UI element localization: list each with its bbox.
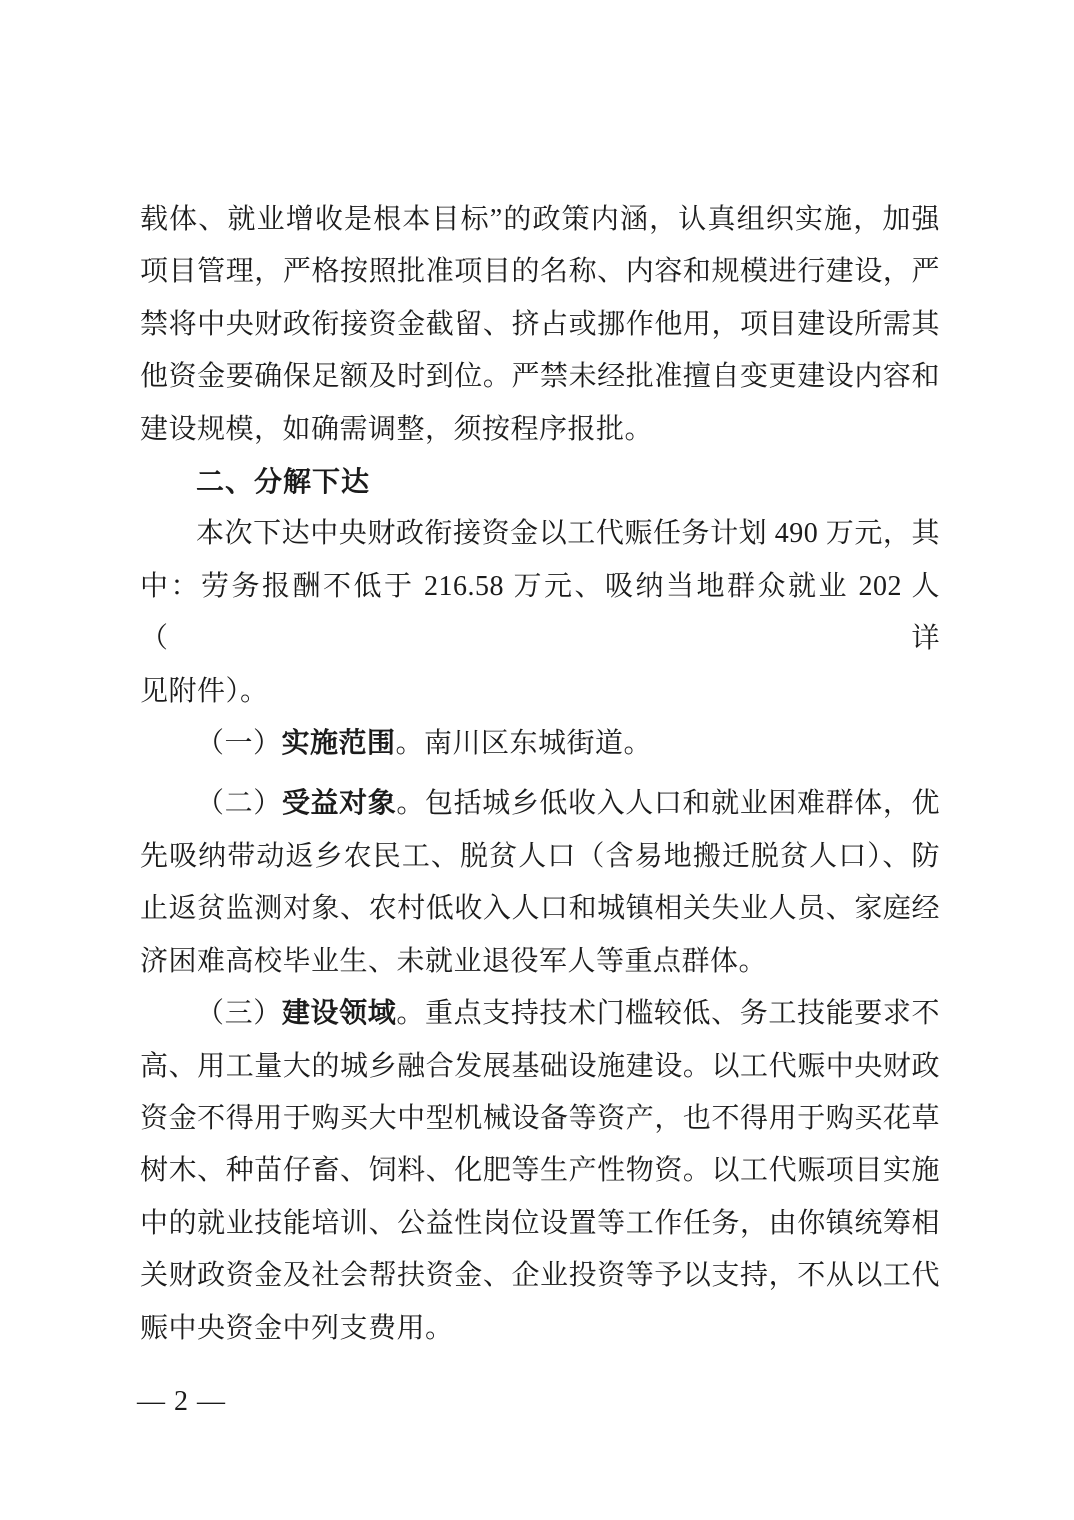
para-policy-requirements: 载体、就业增收是根本目标”的政策内涵，认真组织实施，加强项目管理，严格按照批准项… [140, 194, 940, 456]
para-construction-fields-line: 赈中央资金中列支费用。 [140, 1303, 940, 1355]
text-segment: 见附件）。 [140, 676, 269, 707]
para-allocation-plan: 本次下达中央财政衔接资金以工代赈任务计划 490 万元，其中：劳务报酬不低于 2… [140, 508, 940, 718]
text-segment: 关财政资金及社会帮扶资金、企业投资等予以支持，不从以工代 [140, 1260, 940, 1291]
text-segment: 项目管理，严格按照批准项目的名称、内容和规模进行建设，严 [140, 256, 940, 287]
text-segment: 。包括城乡低收入人口和就业困难群体，优 [396, 788, 940, 819]
text-segment: 本次下达中央财政衔接资金以工代赈任务计划 490 万元，其 [196, 518, 940, 549]
text-segment: 止返贫监测对象、农村低收入人口和城镇相关失业人员、家庭经 [140, 893, 940, 924]
text-segment: （三） [196, 998, 282, 1029]
document-body: 载体、就业增收是根本目标”的政策内涵，认真组织实施，加强项目管理，严格按照批准项… [140, 194, 940, 1355]
para-construction-fields: （三）建设领域。重点支持技术门槛较低、务工技能要求不高、用工量大的城乡融合发展基… [140, 988, 940, 1355]
para-policy-requirements-line: 他资金要确保足额及时到位。严禁未经批准擅自变更建设内容和 [140, 351, 940, 403]
para-allocation-plan-line: 本次下达中央财政衔接资金以工代赈任务计划 490 万元，其 [140, 508, 940, 560]
text-segment: 中的就业技能培训、公益性岗位设置等工作任务，由你镇统筹相 [140, 1208, 940, 1239]
text-segment: 。重点支持技术门槛较低、务工技能要求不 [396, 998, 940, 1029]
text-segment: 载体、就业增收是根本目标”的政策内涵，认真组织实施，加强 [140, 204, 940, 235]
para-construction-fields-line: 中的就业技能培训、公益性岗位设置等工作任务，由你镇统筹相 [140, 1198, 940, 1250]
para-policy-requirements-line: 建设规模，如确需调整，须按程序报批。 [140, 404, 940, 456]
para-policy-requirements-line: 项目管理，严格按照批准项目的名称、内容和规模进行建设，严 [140, 246, 940, 298]
text-segment: （二） [196, 788, 282, 819]
text-segment: 。南川区东城街道。 [396, 728, 653, 759]
para-implementation-scope-line: （一）实施范围。南川区东城街道。 [140, 718, 940, 770]
text-segment: 中：劳务报酬不低于 216.58 万元、吸纳当地群众就业 202 人（详 [140, 571, 940, 654]
para-policy-requirements-line: 载体、就业增收是根本目标”的政策内涵，认真组织实施，加强 [140, 194, 940, 246]
emphasis-text: 受益对象 [282, 788, 396, 819]
para-allocation-plan-line: 中：劳务报酬不低于 216.58 万元、吸纳当地群众就业 202 人（详 [140, 561, 940, 666]
para-allocation-plan-line: 见附件）。 [140, 666, 940, 718]
para-beneficiaries-line: 止返贫监测对象、农村低收入人口和城镇相关失业人员、家庭经 [140, 883, 940, 935]
para-construction-fields-line: 高、用工量大的城乡融合发展基础设施建设。以工代赈中央财政 [140, 1041, 940, 1093]
heading-section-two-line: 二、分解下达 [140, 456, 940, 508]
para-construction-fields-line: 资金不得用于购买大中型机械设备等资产，也不得用于购买花草 [140, 1093, 940, 1145]
emphasis-text: 实施范围 [282, 728, 396, 759]
para-construction-fields-line: 关财政资金及社会帮扶资金、企业投资等予以支持，不从以工代 [140, 1250, 940, 1302]
document-page: 载体、就业增收是根本目标”的政策内涵，认真组织实施，加强项目管理，严格按照批准项… [0, 0, 1074, 1520]
text-segment: 高、用工量大的城乡融合发展基础设施建设。以工代赈中央财政 [140, 1051, 940, 1082]
para-beneficiaries: （二）受益对象。包括城乡低收入人口和就业困难群体，优先吸纳带动返乡农民工、脱贫人… [140, 778, 940, 988]
text-segment: 树木、种苗仔畜、饲料、化肥等生产性物资。以工代赈项目实施 [140, 1155, 940, 1186]
emphasis-text: 建设领域 [282, 998, 396, 1029]
text-segment: 先吸纳带动返乡农民工、脱贫人口（含易地搬迁脱贫人口）、防 [140, 841, 940, 872]
text-segment: （一） [196, 728, 282, 759]
text-segment: 赈中央资金中列支费用。 [140, 1313, 454, 1344]
para-construction-fields-line: 树木、种苗仔畜、饲料、化肥等生产性物资。以工代赈项目实施 [140, 1145, 940, 1197]
para-beneficiaries-line: 济困难高校毕业生、未就业退役军人等重点群体。 [140, 936, 940, 988]
para-construction-fields-line: （三）建设领域。重点支持技术门槛较低、务工技能要求不 [140, 988, 940, 1040]
para-beneficiaries-line: （二）受益对象。包括城乡低收入人口和就业困难群体，优 [140, 778, 940, 830]
para-beneficiaries-line: 先吸纳带动返乡农民工、脱贫人口（含易地搬迁脱贫人口）、防 [140, 831, 940, 883]
heading-section-two: 二、分解下达 [140, 456, 940, 508]
text-segment: 济困难高校毕业生、未就业退役军人等重点群体。 [140, 946, 767, 977]
page-number: — 2 — [137, 1386, 226, 1418]
text-segment: 禁将中央财政衔接资金截留、挤占或挪作他用，项目建设所需其 [140, 309, 940, 340]
text-segment: 他资金要确保足额及时到位。严禁未经批准擅自变更建设内容和 [140, 361, 940, 392]
emphasis-text: 二、分解下达 [196, 466, 370, 497]
text-segment: 资金不得用于购买大中型机械设备等资产，也不得用于购买花草 [140, 1103, 940, 1134]
text-segment: 建设规模，如确需调整，须按程序报批。 [140, 414, 653, 445]
para-implementation-scope: （一）实施范围。南川区东城街道。 [140, 718, 940, 770]
para-policy-requirements-line: 禁将中央财政衔接资金截留、挤占或挪作他用，项目建设所需其 [140, 299, 940, 351]
